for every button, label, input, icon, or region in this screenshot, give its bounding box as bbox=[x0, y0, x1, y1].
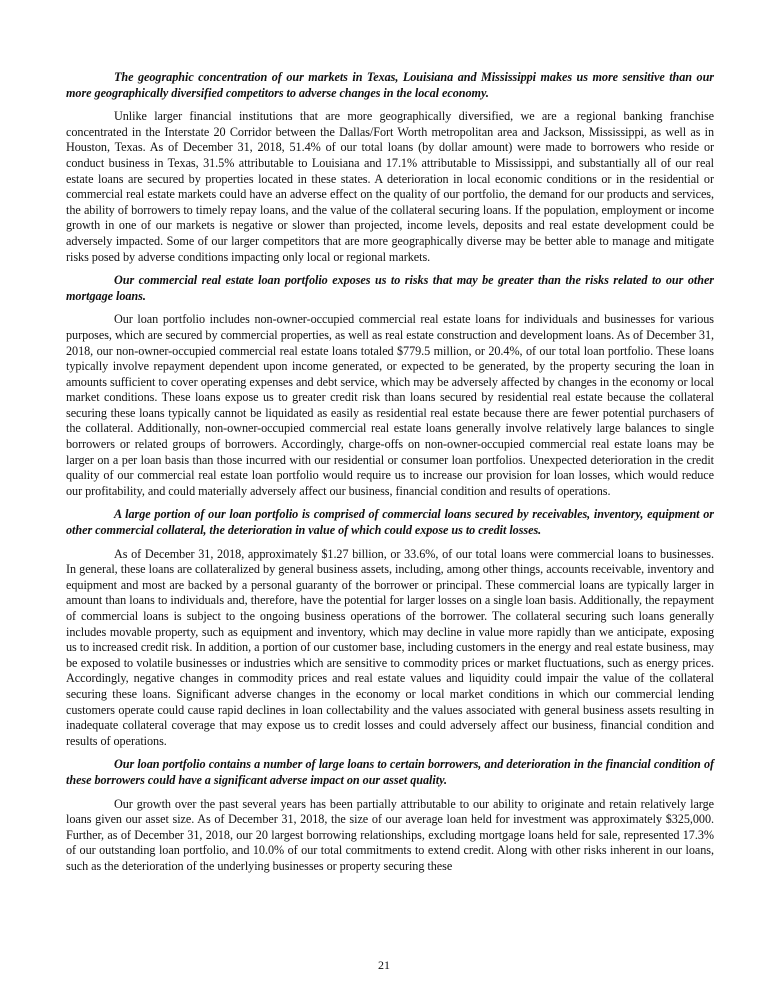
section-body-large-loans: Our growth over the past several years h… bbox=[66, 797, 714, 875]
section-heading-geographic-concentration: The geographic concentration of our mark… bbox=[66, 70, 714, 101]
section-body-geographic-concentration: Unlike larger financial institutions tha… bbox=[66, 109, 714, 265]
document-page: The geographic concentration of our mark… bbox=[66, 70, 714, 883]
section-body-commercial-loans-collateral: As of December 31, 2018, approximately $… bbox=[66, 547, 714, 750]
page-number: 21 bbox=[0, 958, 768, 972]
section-heading-commercial-loans-collateral: A large portion of our loan portfolio is… bbox=[66, 507, 714, 538]
section-heading-large-loans: Our loan portfolio contains a number of … bbox=[66, 757, 714, 788]
section-heading-commercial-real-estate: Our commercial real estate loan portfoli… bbox=[66, 273, 714, 304]
section-body-commercial-real-estate: Our loan portfolio includes non-owner-oc… bbox=[66, 312, 714, 499]
